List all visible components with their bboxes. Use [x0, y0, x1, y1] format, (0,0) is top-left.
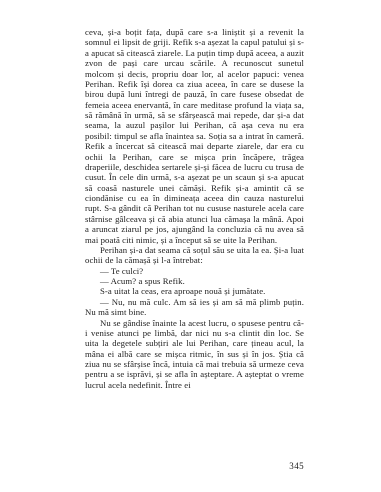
- paragraph: S-a uitat la ceas, era aproape nouă și j…: [85, 286, 304, 296]
- body-text: ceva, și-a boțit fața, după care s-a lin…: [85, 27, 304, 390]
- dialogue-line: — Nu, nu mă culc. Am să ies și am să mă …: [85, 297, 304, 318]
- paragraph: Nu se gândise înainte la acest lucru, o …: [85, 318, 304, 391]
- dialogue-line: — Acum? a spus Refik.: [85, 276, 304, 286]
- page-number: 345: [85, 461, 304, 471]
- dialogue-line: — Te culci?: [85, 266, 304, 276]
- book-page: ceva, și-a boțit fața, după care s-a lin…: [0, 0, 381, 492]
- paragraph-continuation: ceva, și-a boțit fața, după care s-a lin…: [85, 27, 304, 245]
- paragraph: Perihan și-a dat seama că soțul său se u…: [85, 245, 304, 266]
